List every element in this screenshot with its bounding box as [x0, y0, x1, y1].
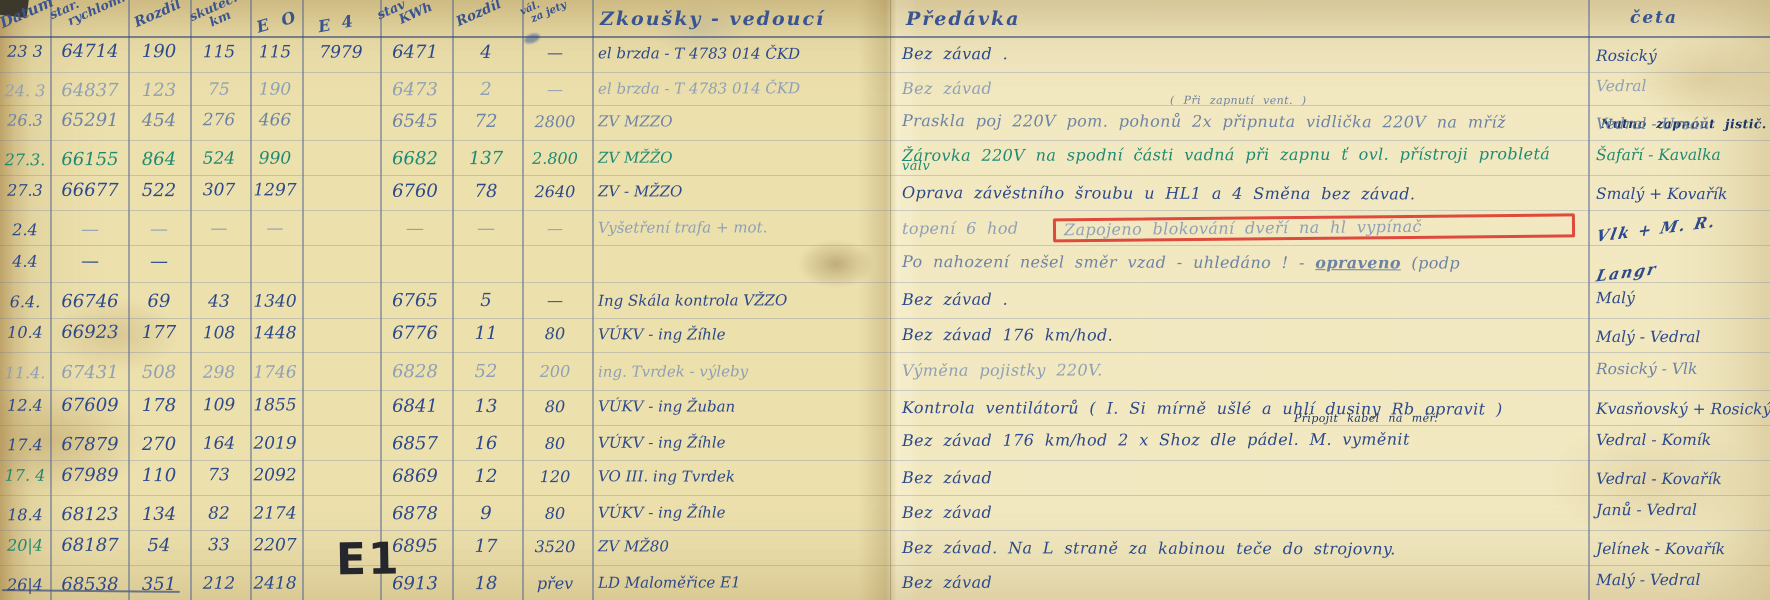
- col-header-ceta: četa: [1630, 8, 1678, 28]
- cell-fuel: —: [520, 73, 590, 106]
- cell-date: 11.4.: [2, 354, 48, 392]
- cell-test: Ing Skála kontrola VŽZO: [598, 282, 886, 319]
- cell-handover: Výměna pojistky 220V.: [902, 350, 1584, 390]
- cell-eo: 1340: [248, 284, 302, 320]
- cell-km: 43: [190, 284, 248, 320]
- cell-eo: 466: [248, 103, 302, 138]
- cell-fuel: přev: [520, 566, 590, 600]
- cell-test: LD Maloměřice E1: [598, 565, 886, 600]
- col-header-star-rychlomer: star. rychlom.: [48, 0, 127, 33]
- col-header-rozdil2: Rozdíl: [455, 0, 504, 30]
- cell-kwh: 6913: [380, 566, 450, 600]
- cell-test: ZV MŽŽO: [598, 140, 886, 176]
- handover-underlined-text: opraveno: [1315, 253, 1401, 272]
- cell-crew: Vedral - Komík: [1596, 423, 1768, 458]
- cell-km: 73: [190, 458, 248, 493]
- cell-eo: 2174: [248, 497, 302, 532]
- cell-odo: 67989: [52, 458, 128, 493]
- cell-fuel: 120: [520, 459, 590, 494]
- cell-date: 4.4: [2, 243, 48, 280]
- cell-kwh: 6682: [380, 141, 450, 176]
- cell-test: VÚKV - ing Žuban: [598, 389, 886, 425]
- cell-kwh: 6878: [380, 496, 450, 531]
- cell-fuel: 80: [520, 317, 590, 351]
- handover-tail: (podp: [1401, 253, 1460, 272]
- table-row: 27.3.6615586452499066821372.800ZV MŽŽOŽá…: [0, 138, 1770, 178]
- cell-test: VÚKV - ing Žíhle: [598, 425, 886, 461]
- handover-superscript: ( Při zapnutí vent. ): [1170, 95, 1306, 106]
- table-row: 26.3652914542764666545722800ZV MZZO( Při…: [0, 103, 1770, 143]
- cell-eo: 1297: [248, 173, 302, 208]
- cell-fuel: 3520: [520, 529, 590, 564]
- cell-km: 109: [190, 388, 248, 423]
- handover-text: Praskla poj 220V pom. pohonů 2x připnuta…: [902, 111, 1506, 132]
- cell-handover: Bez závad. Na L straně za kabinou teče d…: [902, 530, 1584, 567]
- cell-kdiff: 11: [452, 317, 520, 351]
- cell-diff: 864: [130, 142, 188, 177]
- cell-diff: —: [130, 243, 188, 280]
- cell-handover: topení 6 hodZapojeno blokování dveří na …: [902, 208, 1584, 241]
- cell-odo: 67431: [52, 354, 128, 392]
- cell-diff: 134: [130, 497, 188, 532]
- cell-eo: 1746: [248, 354, 302, 392]
- cell-handover: Bez závad: [902, 493, 1584, 530]
- cell-date: 12.4: [2, 388, 48, 423]
- col-header-eo: E O: [254, 6, 301, 36]
- col-header-rozdil: Rozdíl: [132, 0, 183, 30]
- cell-kwh: 6857: [380, 426, 450, 461]
- logbook-page: Datum star. rychlom. Rozdíl skuteč. km E…: [0, 0, 1770, 600]
- cell-km: 115: [190, 34, 248, 70]
- cell-handover: Bez závad: [902, 460, 1584, 497]
- cell-fuel: 80: [520, 496, 590, 531]
- cell-km: 33: [190, 528, 248, 563]
- cell-odo: 66746: [52, 284, 128, 320]
- table-row: 24. 3648371237519064732—el brzda - T 478…: [0, 70, 1770, 108]
- cell-date: 27.3: [2, 173, 48, 208]
- cell-fuel: 2640: [520, 174, 590, 209]
- cell-diff: 123: [130, 74, 188, 107]
- cell-diff: —: [130, 212, 188, 247]
- cell-kwh: 6895: [380, 529, 450, 564]
- cell-test: el brzda - T 4783 014 ČKD: [598, 72, 886, 106]
- col-header-predavka: Předávka: [906, 8, 1021, 30]
- col-header-za-jety: vál. za jety: [518, 0, 568, 27]
- cell-kdiff: 18: [452, 566, 520, 600]
- cell-kdiff: 5: [452, 283, 520, 319]
- cell-crew: Vedral: [1596, 70, 1768, 103]
- cell-kdiff: 12: [452, 459, 520, 494]
- cell-kwh: 6765: [380, 283, 450, 319]
- cell-kwh: 6776: [380, 317, 450, 351]
- handover-text: Žárovka 220V na spodní části vadná při z…: [902, 144, 1550, 165]
- cell-fuel: 80: [520, 426, 590, 461]
- table-row: 17. 467989110732092686912120VO III. ing …: [0, 458, 1770, 498]
- cell-crew: Malý: [1596, 280, 1768, 316]
- handover-text: Bez závad 176 km/hod 2 x Shoz dle pádel.…: [902, 430, 1410, 450]
- cell-km: 164: [190, 427, 248, 462]
- cell-fuel: 2.800: [520, 141, 590, 176]
- cell-test: ZV MZZO: [598, 104, 886, 140]
- cell-fuel: 80: [520, 389, 590, 424]
- table-row: 26|4685383512122418691318převLD Maloměři…: [0, 563, 1770, 600]
- cell-test: VO III. ing Tvrdek: [598, 459, 886, 495]
- cell-test: ing. Tvrdek - výleby: [598, 352, 886, 391]
- cell-diff: 178: [130, 388, 188, 423]
- cell-diff: 110: [130, 458, 188, 493]
- cell-handover: Oprava závěstního šroubu u HL1 a 4 Směna…: [902, 175, 1584, 212]
- cell-e4: 7979: [304, 34, 378, 70]
- cell-test: VÚKV - ing Žíhle: [598, 495, 886, 531]
- col-header-skutecne-km: skuteč. km: [188, 0, 244, 35]
- handover-text: Po nahození nešel směr vzad - uhledáno !…: [902, 252, 1315, 272]
- handover-superscript: Připojit kabel na měř.: [1294, 413, 1438, 424]
- cell-km: 298: [190, 354, 248, 392]
- cell-kwh: 6760: [380, 174, 450, 209]
- cell-eo: —: [248, 212, 302, 247]
- cell-diff: 177: [130, 316, 188, 350]
- table-row: 10.466923177108144867761180VÚKV - ing Ží…: [0, 316, 1770, 355]
- cell-date: 26.3: [2, 103, 48, 138]
- cell-diff: 54: [130, 528, 188, 563]
- cell-odo: 64714: [52, 34, 128, 70]
- cell-eo: 2418: [248, 567, 302, 600]
- cell-handover: Žárovka 220V na spodní části vadná při z…: [902, 138, 1584, 173]
- col-header-stav-kwh: stav KWh: [375, 0, 434, 34]
- table-row: 12.467609178109185568411380VÚKV - ing Žu…: [0, 388, 1770, 428]
- cell-date: 23 3: [2, 34, 48, 70]
- col-header-zkousky: Zkoušky - vedoucí: [600, 8, 825, 30]
- cell-odo: 66677: [52, 173, 128, 208]
- cell-handover: Bez závad .: [902, 36, 1584, 74]
- cell-kdiff: 4: [452, 35, 520, 71]
- cell-kwh: 6471: [380, 35, 450, 71]
- table-row: 18.4681231348221746878980VÚKV - ing Žíhl…: [0, 493, 1770, 533]
- cell-diff: 270: [130, 427, 188, 462]
- cell-test: el brzda - T 4783 014 ČKD: [598, 35, 886, 72]
- col-header-e4: E 4: [317, 11, 358, 36]
- cell-diff: 190: [130, 34, 188, 70]
- cell-diff: 351: [130, 567, 188, 600]
- cell-km: 108: [190, 316, 248, 350]
- cell-date: 17. 4: [2, 458, 48, 493]
- cell-kdiff: 72: [452, 104, 520, 139]
- cell-odo: 66923: [52, 316, 128, 350]
- cell-fuel: —: [520, 283, 590, 319]
- cell-handover: Bez závad .: [902, 280, 1584, 318]
- cell-crew: Rosický - Vlk: [1596, 350, 1768, 388]
- cell-eo: 2207: [248, 528, 302, 563]
- cell-kdiff: 52: [452, 353, 520, 391]
- handover-text: topení 6 hod: [902, 219, 1019, 238]
- cell-odo: 67609: [52, 388, 128, 423]
- cell-date: 10.4: [2, 316, 48, 350]
- cell-diff: 69: [130, 284, 188, 320]
- cell-test: ZV MŽ80: [598, 529, 886, 565]
- cell-kwh: 6545: [380, 104, 450, 139]
- cell-fuel: —: [520, 35, 590, 71]
- cell-crew: Malý - Vedral: [1596, 563, 1768, 598]
- table-row: 17.467879270164201968571680VÚKV - ing Ží…: [0, 423, 1770, 463]
- cell-diff: 522: [130, 173, 188, 208]
- cell-fuel: 200: [520, 353, 590, 391]
- cell-kdiff: —: [452, 211, 520, 246]
- cell-kwh: 6828: [380, 353, 450, 391]
- cell-odo: 68538: [52, 567, 128, 600]
- cell-eo: 990: [248, 142, 302, 177]
- cell-kwh: 6869: [380, 459, 450, 494]
- cell-odo: —: [52, 243, 128, 280]
- cell-km: 82: [190, 497, 248, 532]
- table-row: 2.4———————Vyšetření trafa + mot.topení 6…: [0, 208, 1770, 248]
- cell-eo: 2092: [248, 458, 302, 493]
- handover-red-boxed-text: Zapojeno blokování dveří na hl vypínač: [1052, 213, 1574, 242]
- cell-odo: 65291: [52, 103, 128, 138]
- cell-kwh: 6473: [380, 73, 450, 106]
- cell-kdiff: 9: [452, 496, 520, 531]
- table-row: 11.4.674315082981746682852200ing. Tvrdek…: [0, 350, 1770, 393]
- cell-kdiff: 17: [452, 529, 520, 564]
- cell-fuel: 2800: [520, 104, 590, 139]
- cell-diff: 508: [130, 354, 188, 392]
- cell-km: 276: [190, 103, 248, 138]
- cell-eo: 1855: [248, 388, 302, 423]
- cell-date: 20|4: [2, 528, 48, 563]
- cell-date: 26|4: [2, 567, 48, 600]
- cell-kwh: 6841: [380, 389, 450, 424]
- cell-kdiff: 137: [452, 141, 520, 176]
- cell-eo: 115: [248, 34, 302, 70]
- cell-handover: Bez závad: [902, 563, 1584, 600]
- cell-handover: Bez závad 176 km/hod.: [902, 318, 1584, 354]
- table-row: 20|468187543322076895173520ZV MŽ80Bez zá…: [0, 528, 1770, 568]
- cell-kdiff: 16: [452, 426, 520, 461]
- cell-km: 75: [190, 74, 248, 107]
- cell-test: VÚKV - ing Žíhle: [598, 317, 886, 352]
- cell-handover: Po nahození nešel směr vzad - uhledáno !…: [902, 245, 1584, 272]
- cell-test: ZV - MŽZO: [598, 174, 886, 210]
- cell-km: —: [190, 212, 248, 247]
- cell-eo: 1448: [248, 316, 302, 350]
- cell-handover: Kontrola ventilátorů ( I. Si mírně ušlé …: [902, 390, 1584, 427]
- cell-km: 307: [190, 173, 248, 208]
- cell-kdiff: 78: [452, 174, 520, 209]
- cell-fuel: —: [520, 211, 590, 246]
- cell-test: Vyšetření trafa + mot.: [598, 210, 886, 246]
- cell-handover: Připojit kabel na měř.Bez závad 176 km/h…: [902, 423, 1584, 449]
- cell-kwh: —: [380, 211, 450, 246]
- cell-kdiff: 2: [452, 73, 520, 106]
- cell-crew: Šafaří - Kavalka: [1596, 138, 1768, 173]
- cell-kdiff: 13: [452, 389, 520, 424]
- cell-diff: 454: [130, 103, 188, 138]
- cell-km: 524: [190, 142, 248, 177]
- table-row: 27.36667752230712976760782640ZV - MŽZOOp…: [0, 173, 1770, 213]
- cell-odo: 68187: [52, 528, 128, 563]
- cell-km: 212: [190, 567, 248, 600]
- cell-eo: 2019: [248, 427, 302, 462]
- table-row: 6.4.667466943134067655—Ing Skála kontrol…: [0, 280, 1770, 321]
- table-row: 23 364714190115115797964714—el brzda - T…: [0, 34, 1770, 75]
- cell-crew: Janů - Vedral: [1596, 493, 1768, 528]
- cell-eo: 190: [248, 74, 302, 107]
- cell-handover: ( Při zapnutí vent. )Praskla poj 220V po…: [902, 105, 1584, 132]
- table-row: 4.4——Po nahození nešel směr vzad - uhled…: [0, 243, 1770, 285]
